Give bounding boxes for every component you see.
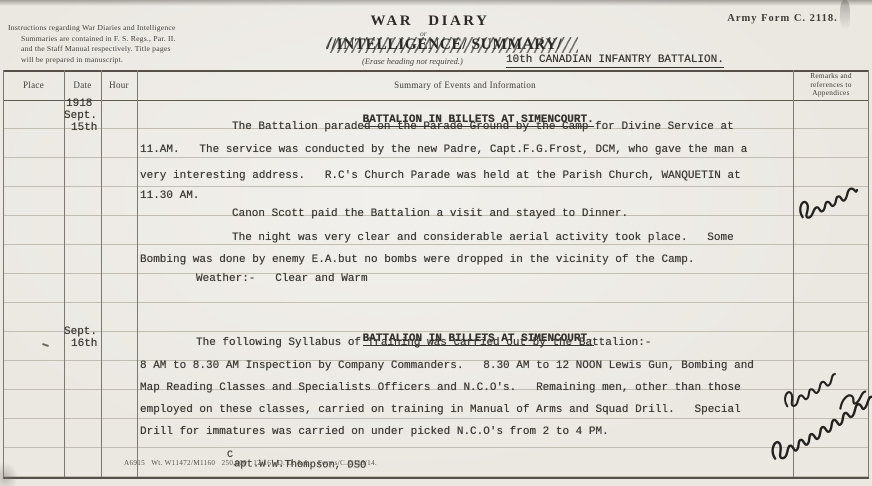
entry1-line: Weather:- Clear and Warm [196,273,368,285]
ruled-lines [4,100,868,478]
entry1-line: Bombing was done by enemy E.A.but no bom… [140,254,695,266]
entry1-line: very interesting address. R.C's Church P… [140,170,741,182]
scan-smudge [0,462,18,486]
table-top-border [3,70,869,72]
erase-heading-note: (Erase heading not required.) [362,56,463,66]
war-diary-scanned-page: Instructions regarding War Diaries and I… [0,0,872,486]
instructions-line: Summaries are contained in F. S. Regs., … [8,34,228,45]
instructions-line: will be prepared in manuscript. [8,55,228,66]
strikethrough-hatch-marks [326,37,578,53]
column-header-summary: Summary of Events and Information [137,80,793,90]
entry2-line: Map Reading Classes and Specialists Offi… [140,382,741,394]
entry2-line: The following Syllabus of Training was c… [196,337,651,349]
entry2-date-day: 16th [71,338,97,350]
entry1-line: The Battalion paraded on the Parade Grou… [232,121,734,133]
entry1-date-month: Sept. [64,110,97,122]
typed-signature: apt.W.W.Thompson, DSO [234,458,366,471]
table-bottom-border [3,477,869,479]
column-line-place-date [64,70,65,477]
typed-signature-prefix: C [227,450,233,461]
column-header-hour: Hour [101,80,137,90]
form-title-war-diary: WAR DIARY [340,13,520,30]
entry1-date-year: 1918 [66,98,92,110]
instructions-line: Instructions regarding War Diaries and I… [8,23,228,34]
entry2-line: Drill for immatures was carried on under… [140,426,609,438]
entry1-line: Canon Scott paid the Battalion a visit a… [232,208,628,220]
entry1-line: 11.AM. The service was conducted by the … [140,144,747,156]
entry2-date-month: Sept. [64,326,97,338]
table-header-border [3,100,869,101]
form-instructions: Instructions regarding War Diaries and I… [8,23,228,65]
table-left-border [3,70,4,477]
scan-smudge [840,0,850,30]
column-header-date: Date [64,80,101,90]
unit-name-typed: 10th CANADIAN INFANTRY BATTALION. [506,54,724,68]
column-header-remarks: Remarks and references to Appendices [794,72,868,98]
column-line-date-hour [101,70,102,477]
instructions-line: and the Staff Manual respectively. Title… [8,44,228,55]
entry2-line: employed on these classes, carried on tr… [140,404,741,416]
entry2-line: 8 AM to 8.30 AM Inspection by Company Co… [140,360,754,372]
entry1-line: The night was very clear and considerabl… [232,232,734,244]
entry1-line: 11.30 AM. [140,190,199,202]
column-header-place: Place [3,80,64,90]
entry1-date-day: 15th [71,122,97,134]
